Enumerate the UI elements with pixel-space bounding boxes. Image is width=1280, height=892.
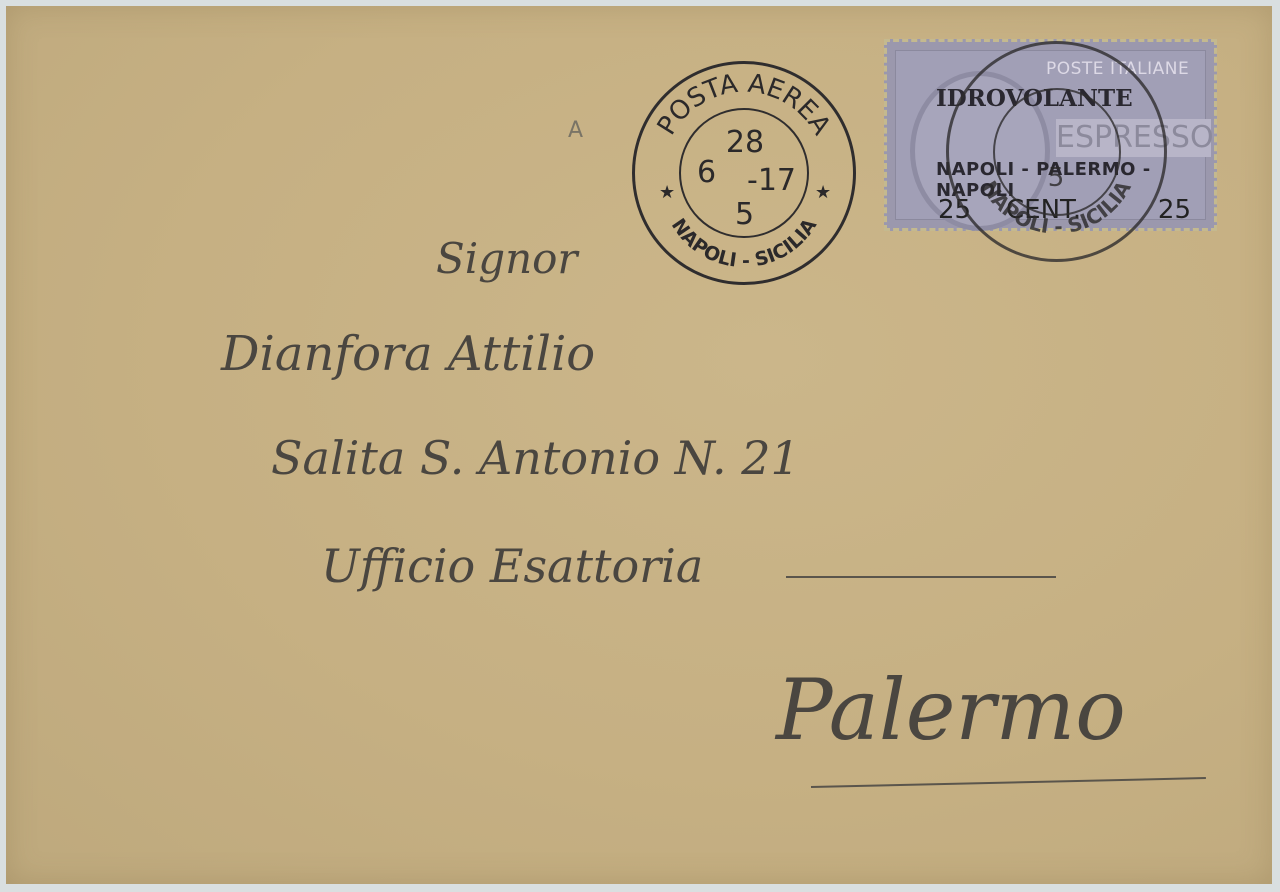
city: Palermo (776, 661, 1126, 759)
stamp-cancellation: NAPOLI - SICILIA 5 (946, 41, 1167, 262)
salutation: Signor (436, 234, 578, 283)
postmark-month: 6 (697, 155, 716, 190)
svg-text:5: 5 (1048, 163, 1065, 193)
postmark: POSTA AEREA NAPOLI - SICILIA ★ ★ 28 6 -1… (632, 61, 856, 285)
star-icon: ★ (659, 182, 675, 203)
postmark-day: 28 (726, 125, 764, 160)
underline (786, 576, 1056, 578)
city-underline (811, 777, 1206, 788)
postmark-hour: -17 (747, 163, 796, 198)
star-icon: ★ (815, 182, 831, 203)
street-address: Salita S. Antonio N. 21 (271, 431, 800, 485)
postmark-year: 5 (735, 197, 754, 232)
office-line: Ufficio Esattoria (321, 539, 703, 593)
pencil-marking: A (568, 118, 583, 143)
envelope: POSTE ITALIANE ESPRESSO IDROVOLANTE NAPO… (6, 6, 1272, 884)
recipient-name: Dianfora Attilio (221, 326, 595, 382)
